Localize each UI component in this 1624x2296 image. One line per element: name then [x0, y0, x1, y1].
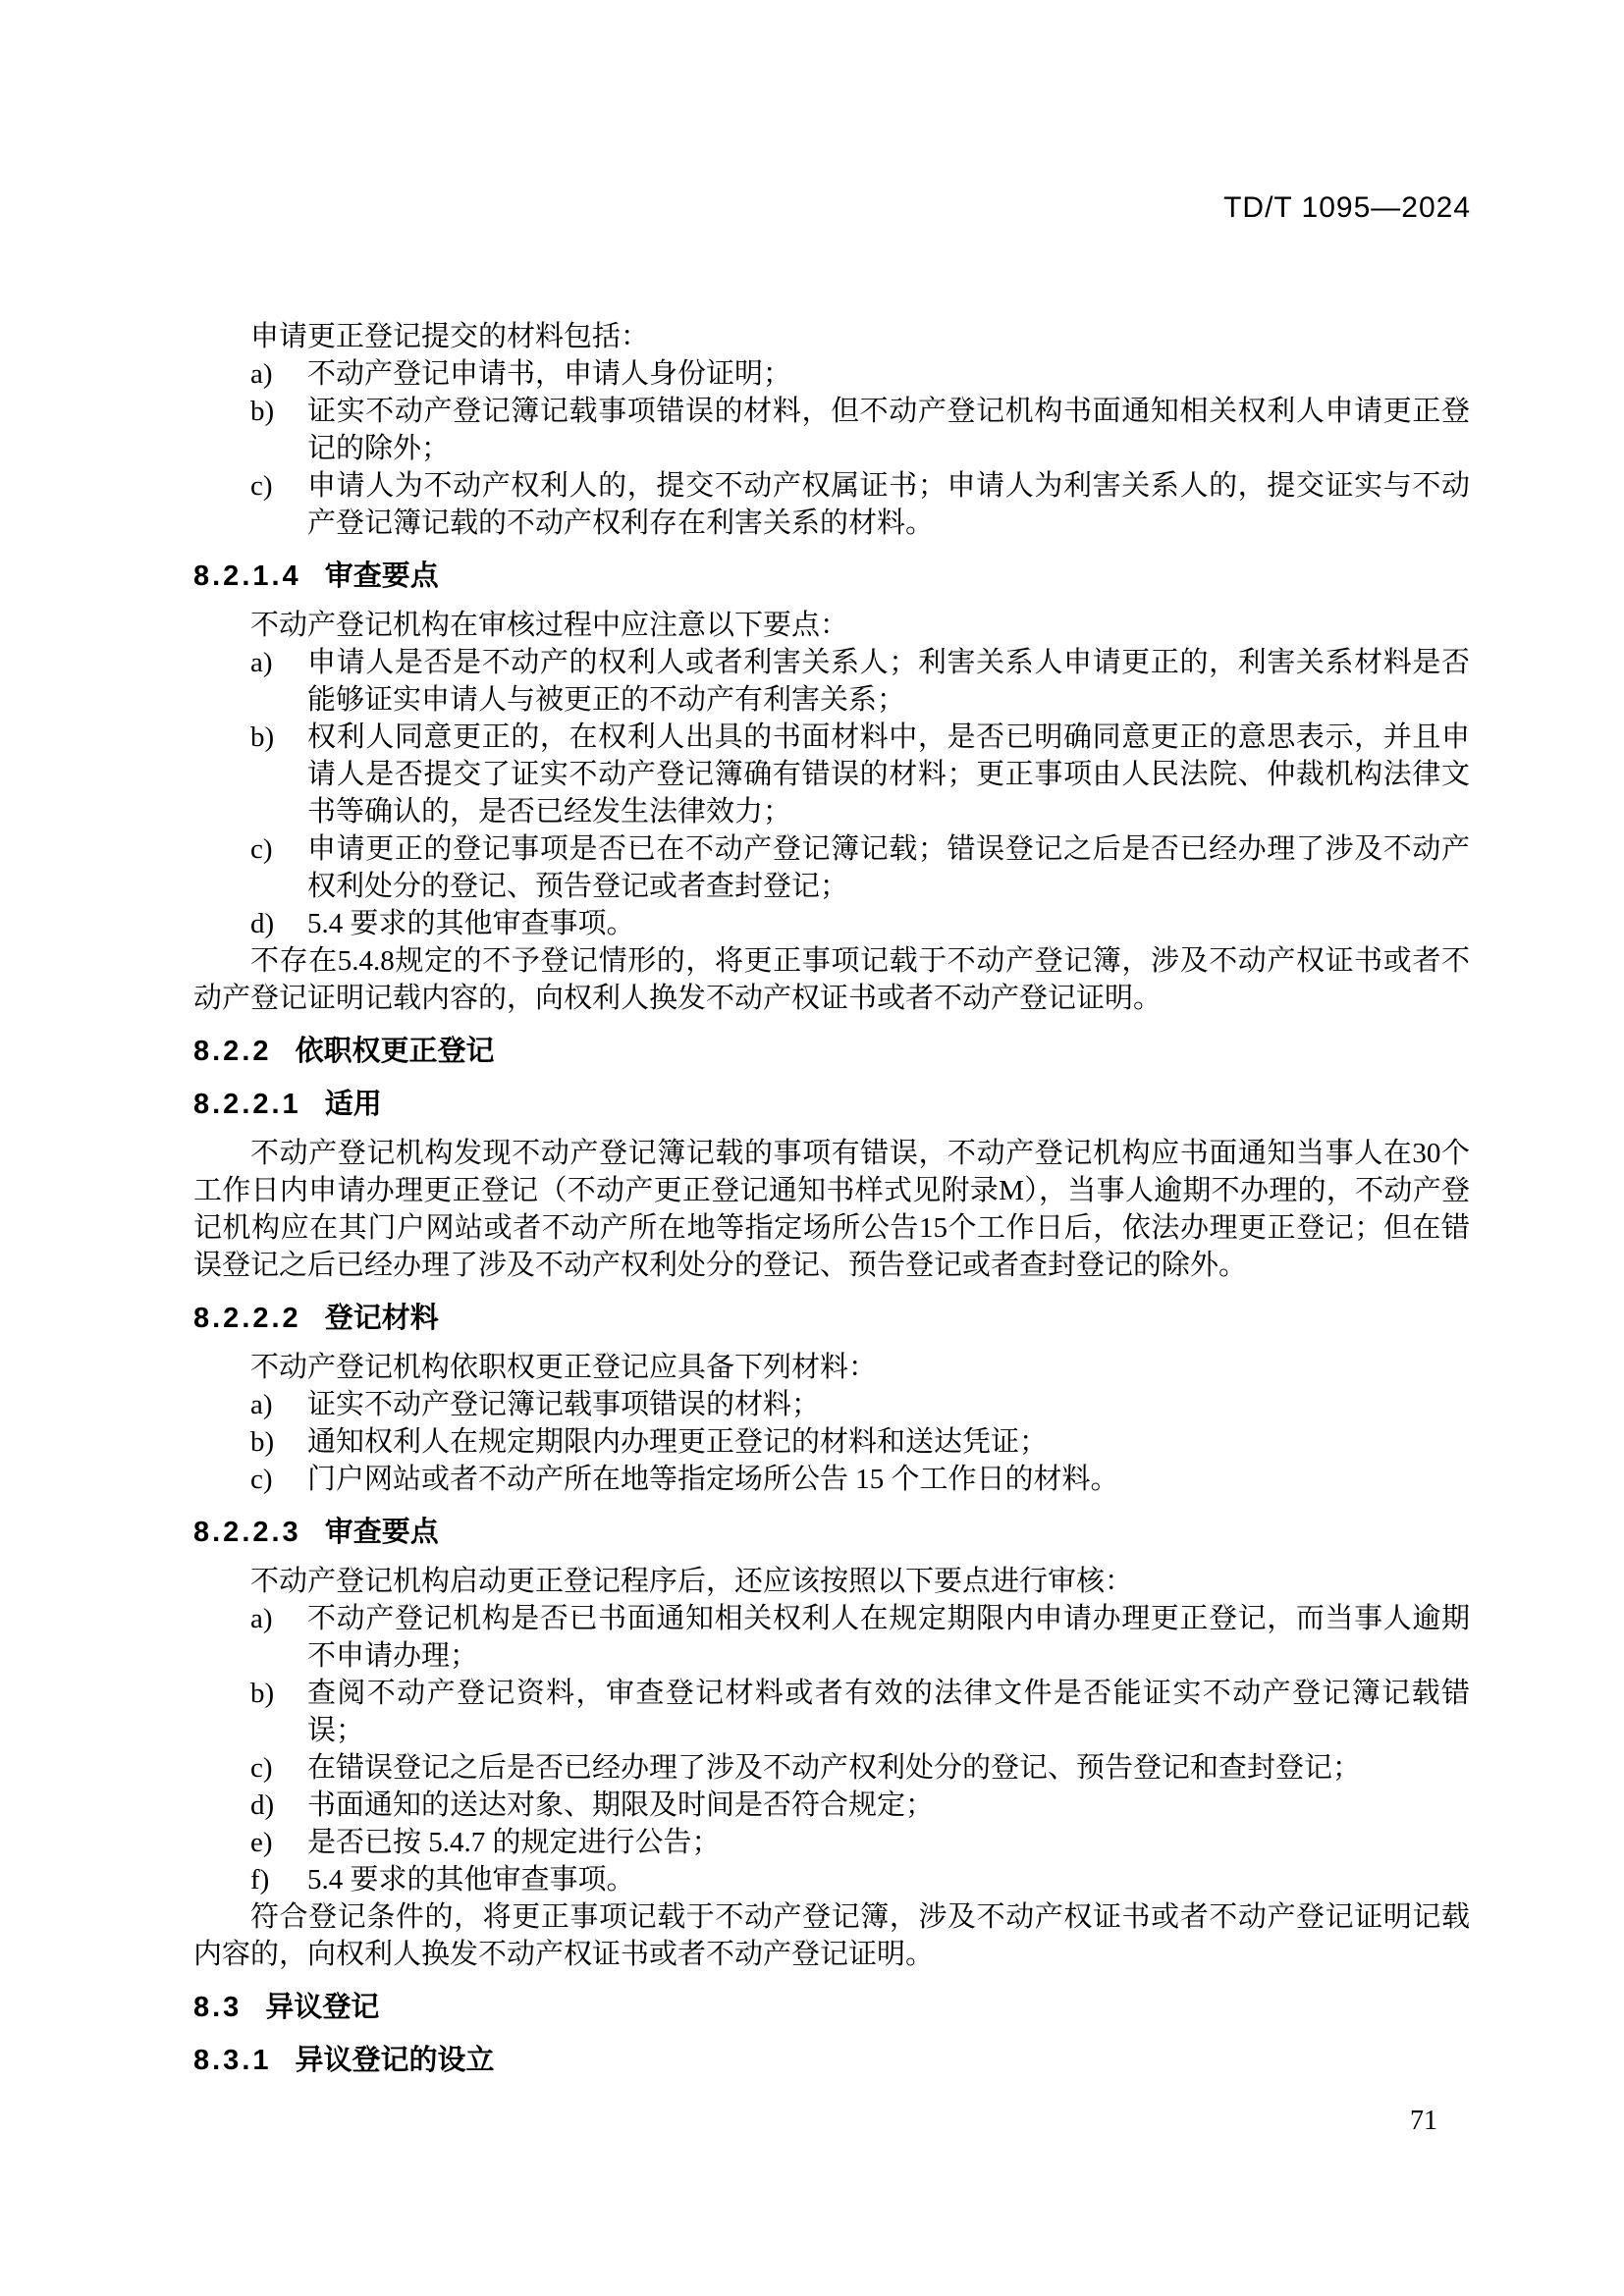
list-item: b)权利人同意更正的，在权利人出具的书面材料中，是否已明确同意更正的意思表示，并… [193, 719, 1470, 830]
list-item-marker: a) [250, 644, 273, 681]
list-item: a)证实不动产登记簿记载事项错误的材料； [193, 1386, 1470, 1423]
list-item-marker: a) [250, 355, 273, 393]
paragraph: 不动产登记机构依职权更正登记应具备下列材料： [193, 1349, 1470, 1386]
list-item: d)书面通知的送达对象、期限及时间是否符合规定； [193, 1787, 1470, 1824]
page-number: 71 [1410, 2106, 1437, 2137]
list-item: f)5.4 要求的其他审查事项。 [193, 1861, 1470, 1898]
section-number: 8.3.1 [193, 2045, 272, 2076]
section-heading: 8.2.1.4审查要点 [193, 558, 1470, 595]
list-item-marker: a) [250, 1386, 273, 1423]
paragraph: 不动产登记机构在审核过程中应注意以下要点： [193, 607, 1470, 644]
list-item-marker: d) [250, 905, 274, 942]
section-title: 适用 [325, 1089, 382, 1120]
section-heading: 8.3异议登记 [193, 1989, 1470, 2026]
list-item-text: 权利人同意更正的，在权利人出具的书面材料中，是否已明确同意更正的意思表示，并且申… [307, 721, 1470, 828]
list-item-text: 门户网站或者不动产所在地等指定场所公告 15 个工作日的材料。 [307, 1464, 1119, 1495]
section-heading: 8.2.2.1适用 [193, 1086, 1470, 1123]
list-item-marker: b) [250, 1423, 274, 1461]
list-item: c)申请人为不动产权利人的，提交不动产权属证书；申请人为利害关系人的，提交证实与… [193, 467, 1470, 542]
paragraph: 符合登记条件的，将更正事项记载于不动产登记簿，涉及不动产权证书或者不动产登记证明… [193, 1898, 1470, 1973]
paragraph: 不动产登记机构发现不动产登记簿记载的事项有错误，不动产登记机构应书面通知当事人在… [193, 1135, 1470, 1284]
list: a)证实不动产登记簿记载事项错误的材料；b)通知权利人在规定期限内办理更正登记的… [193, 1386, 1470, 1498]
paragraph: 申请更正登记提交的材料包括： [193, 318, 1470, 355]
list-item-text: 通知权利人在规定期限内办理更正登记的材料和送达凭证； [307, 1426, 1048, 1458]
list-item-marker: d) [250, 1787, 274, 1824]
section-title: 依职权更正登记 [296, 1036, 495, 1067]
list-item-marker: b) [250, 1675, 274, 1712]
section-number: 8.2.2.2 [193, 1303, 301, 1334]
list: a)申请人是否是不动产的权利人或者利害关系人；利害关系人申请更正的，利害关系材料… [193, 644, 1470, 942]
document-page: { "header": { "code": "TD/T 1095—2024" }… [0, 0, 1624, 2296]
list-item: c)申请更正的登记事项是否已在不动产登记簿记载；错误登记之后是否已经办理了涉及不… [193, 830, 1470, 905]
section-heading: 8.2.2依职权更正登记 [193, 1033, 1470, 1070]
section-title: 异议登记的设立 [296, 2045, 495, 2076]
list-item-text: 是否已按 5.4.7 的规定进行公告； [307, 1827, 721, 1858]
list-item: b)通知权利人在规定期限内办理更正登记的材料和送达凭证； [193, 1423, 1470, 1461]
list-item: c)在错误登记之后是否已经办理了涉及不动产权利处分的登记、预告登记和查封登记； [193, 1749, 1470, 1787]
list-item-text: 5.4 要求的其他审查事项。 [307, 1864, 635, 1896]
list-item: c)门户网站或者不动产所在地等指定场所公告 15 个工作日的材料。 [193, 1461, 1470, 1498]
section-number: 8.2.2 [193, 1036, 272, 1067]
section-number: 8.3 [193, 1992, 242, 2023]
section-heading: 8.2.2.3审查要点 [193, 1514, 1470, 1551]
list: a)不动产登记机构是否已书面通知相关权利人在规定期限内申请办理更正登记，而当事人… [193, 1600, 1470, 1898]
list-item-text: 不动产登记机构是否已书面通知相关权利人在规定期限内申请办理更正登记，而当事人逾期… [307, 1603, 1470, 1672]
list-item-text: 在错误登记之后是否已经办理了涉及不动产权利处分的登记、预告登记和查封登记； [307, 1752, 1361, 1784]
list-item: a)不动产登记申请书，申请人身份证明； [193, 355, 1470, 393]
list-item: d)5.4 要求的其他审查事项。 [193, 905, 1470, 942]
list-item-marker: b) [250, 719, 274, 756]
list-item-text: 申请人是否是不动产的权利人或者利害关系人；利害关系人申请更正的，利害关系材料是否… [307, 647, 1470, 716]
list-item-text: 申请人为不动产权利人的，提交不动产权属证书；申请人为利害关系人的，提交证实与不动… [307, 470, 1470, 539]
list-item-text: 申请更正的登记事项是否已在不动产登记簿记载；错误登记之后是否已经办理了涉及不动产… [307, 833, 1470, 902]
list-item-text: 证实不动产登记簿记载事项错误的材料，但不动产登记机构书面通知相关权利人申请更正登… [307, 396, 1470, 464]
list-item-marker: c) [250, 1461, 273, 1498]
section-title: 审查要点 [325, 561, 439, 592]
section-title: 审查要点 [325, 1517, 439, 1548]
list-item-marker: c) [250, 830, 273, 868]
list-item: e)是否已按 5.4.7 的规定进行公告； [193, 1824, 1470, 1861]
standard-code: TD/T 1095—2024 [1223, 193, 1471, 223]
list-item-marker: e) [250, 1824, 273, 1861]
list-item-marker: b) [250, 393, 274, 430]
list-item: b)查阅不动产登记资料，审查登记材料或者有效的法律文件是否能证实不动产登记簿记载… [193, 1675, 1470, 1749]
section-number: 8.2.2.3 [193, 1517, 301, 1548]
list-item: a)申请人是否是不动产的权利人或者利害关系人；利害关系人申请更正的，利害关系材料… [193, 644, 1470, 719]
list-item-text: 书面通知的送达对象、期限及时间是否符合规定； [307, 1789, 934, 1821]
section-number: 8.2.1.4 [193, 561, 301, 592]
list-item-text: 5.4 要求的其他审查事项。 [307, 908, 635, 939]
paragraph: 不动产登记机构启动更正登记程序后，还应该按照以下要点进行审核： [193, 1563, 1470, 1600]
list-item: b)证实不动产登记簿记载事项错误的材料，但不动产登记机构书面通知相关权利人申请更… [193, 393, 1470, 467]
list: a)不动产登记申请书，申请人身份证明；b)证实不动产登记簿记载事项错误的材料，但… [193, 355, 1470, 542]
list-item-text: 证实不动产登记簿记载事项错误的材料； [307, 1389, 820, 1420]
section-heading: 8.2.2.2登记材料 [193, 1300, 1470, 1337]
list-item-marker: c) [250, 467, 273, 505]
list-item-marker: f) [250, 1861, 269, 1898]
section-heading: 8.3.1异议登记的设立 [193, 2042, 1470, 2079]
list-item: a)不动产登记机构是否已书面通知相关权利人在规定期限内申请办理更正登记，而当事人… [193, 1600, 1470, 1675]
list-item-text: 查阅不动产登记资料，审查登记材料或者有效的法律文件是否能证实不动产登记簿记载错误… [307, 1678, 1470, 1746]
section-title: 登记材料 [325, 1303, 439, 1334]
list-item-marker: c) [250, 1749, 273, 1787]
list-item-text: 不动产登记申请书，申请人身份证明； [307, 358, 791, 390]
section-number: 8.2.2.1 [193, 1089, 301, 1120]
list-item-marker: a) [250, 1600, 273, 1637]
document-content: 申请更正登记提交的材料包括：a)不动产登记申请书，申请人身份证明；b)证实不动产… [193, 318, 1470, 2091]
section-title: 异议登记 [265, 1992, 379, 2023]
paragraph: 不存在5.4.8规定的不予登记情形的，将更正事项记载于不动产登记簿，涉及不动产权… [193, 942, 1470, 1017]
